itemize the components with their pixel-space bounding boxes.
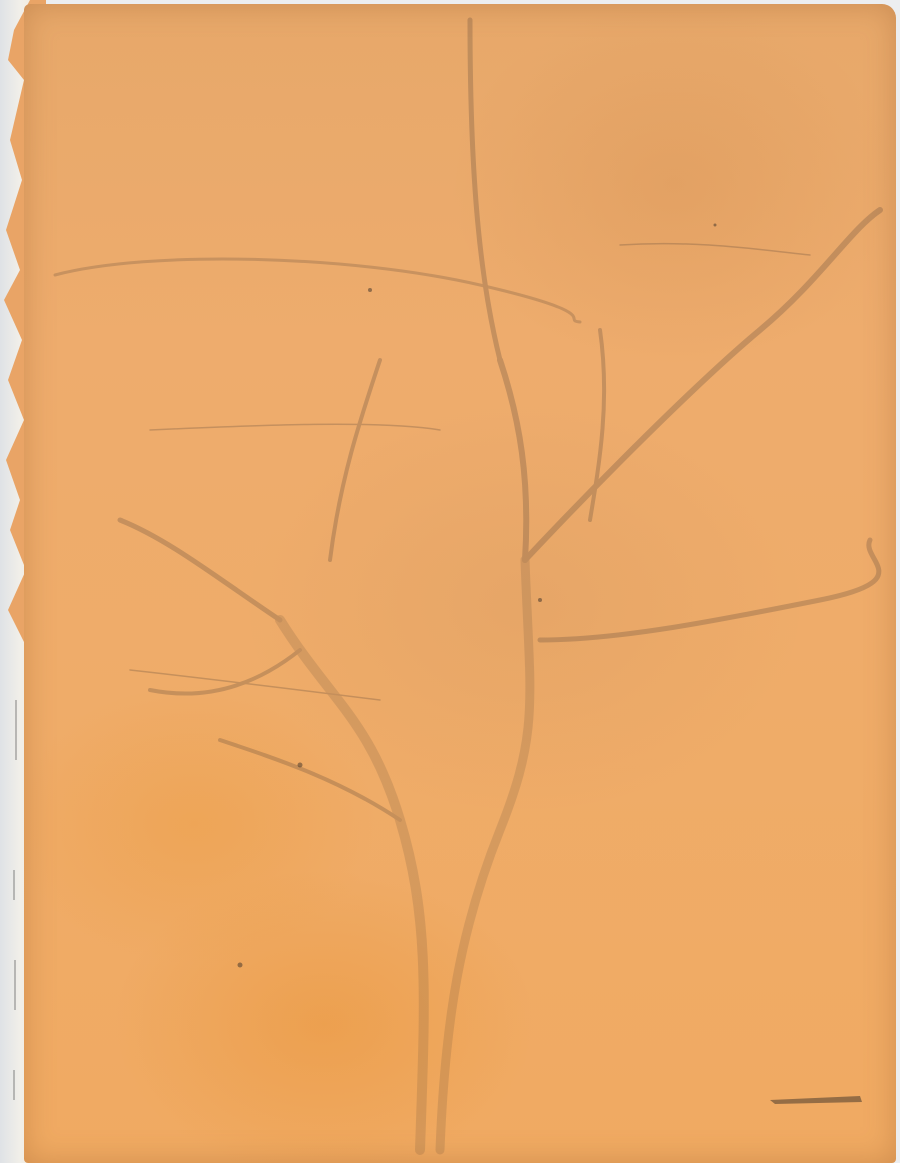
graphite-tree-sketch <box>0 0 900 1163</box>
